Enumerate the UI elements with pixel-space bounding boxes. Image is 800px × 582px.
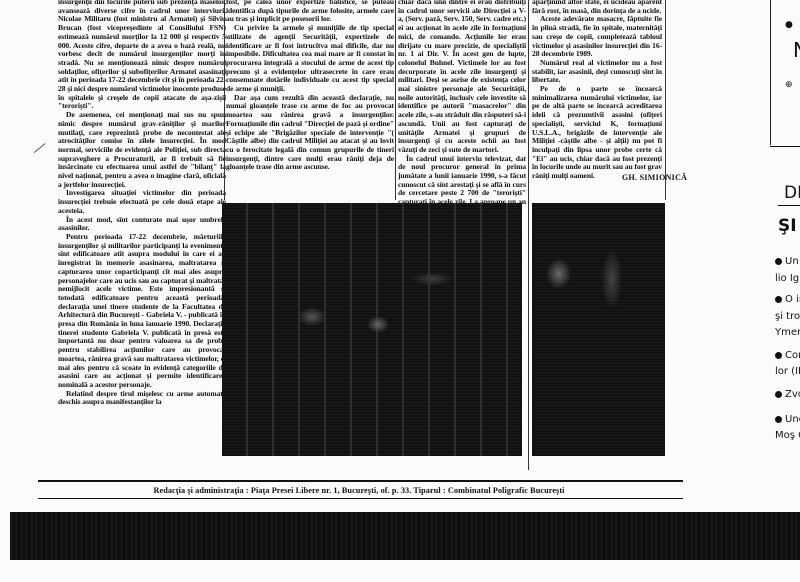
article-column-1: insurgenţii din focurile puterii sub pre… [58,0,226,407]
paragraph: Cu privire la armele şi muniţiile de tip… [226,24,394,94]
article-column-4: aparţinînd altor state, ei ucideau apare… [532,0,662,181]
paragraph: fost, pe calea unor expertize balistice,… [226,0,394,24]
bullet-icon [775,296,782,303]
column-divider [665,0,666,200]
footer-rule-bottom [38,498,683,499]
bullet-icon [775,352,782,359]
paragraph: insurgenţii din focurile puterii sub pre… [58,0,226,111]
footer-rule-top [38,480,683,482]
right-item: Zvo [775,389,800,400]
paragraph: Investigarea situaţiei victimelor din pe… [58,189,226,215]
column-divider [224,0,225,200]
right-heading-1: DE [784,183,800,203]
right-item: Une [775,414,800,425]
right-bullet-icon: ● [785,20,793,30]
article-column-3: chiar dacă unii dintre ei erau distribui… [398,0,526,216]
bullet-icon [775,258,782,265]
column-divider [528,0,529,470]
right-item-line: şi tro [775,311,800,322]
right-item-line: Ymery [775,327,800,338]
paragraph: Pentru perioada 17-22 decembrie, mărturi… [58,233,226,390]
photo-interior-scene [222,203,522,456]
right-box-border [770,0,771,145]
bullet-icon [775,416,782,423]
right-heading-top: N [793,38,800,62]
paragraph: Dar aşa cum rezultă din această declaraţ… [226,94,394,172]
paragraph: chiar dacă unii dintre ei erau distribui… [398,0,526,155]
paragraph: aparţinînd altor state, ei ucideau apare… [532,0,662,15]
margin-checkmark: ⁄ [35,138,43,159]
right-box-rule [770,146,800,147]
scan-edge-band [10,512,800,560]
right-item-line: Moş C [775,430,800,441]
paragraph: În acest mod, sînt conturate mai uşor um… [58,216,226,233]
footer-imprint: Redacţia şi administraţia : Piaţa Presei… [38,486,680,495]
right-heading-rule [778,205,800,206]
paragraph: De asemenea, cei menţionaţi mai sus nu s… [58,111,226,189]
paragraph: Relatînd despre tirul mişelesc cu arme a… [58,390,226,407]
paragraph: Pe de o parte se încearcă minimalizarea … [532,85,662,181]
author-signature: GH. SIMIONICĂ [622,173,687,182]
column-divider [395,0,396,200]
article-column-2: fost, pe calea unor expertize balistice,… [226,0,394,172]
right-crosshair-icon: ⊕ [785,80,793,90]
paragraph: Aceste adevărate masacre, făptuite fie î… [532,15,662,59]
right-heading-2: ŞI I [778,216,800,236]
photo-soldier-portrait [532,203,665,456]
right-item-line: lor (II) [775,366,800,377]
paragraph: Numărul real al victimelor nu a fost sta… [532,59,662,85]
right-item-line: lio Igl [775,273,800,284]
bullet-icon [775,391,782,398]
right-item: Un [775,256,799,267]
right-item: O ir [775,294,800,305]
right-item: Con [775,350,800,361]
